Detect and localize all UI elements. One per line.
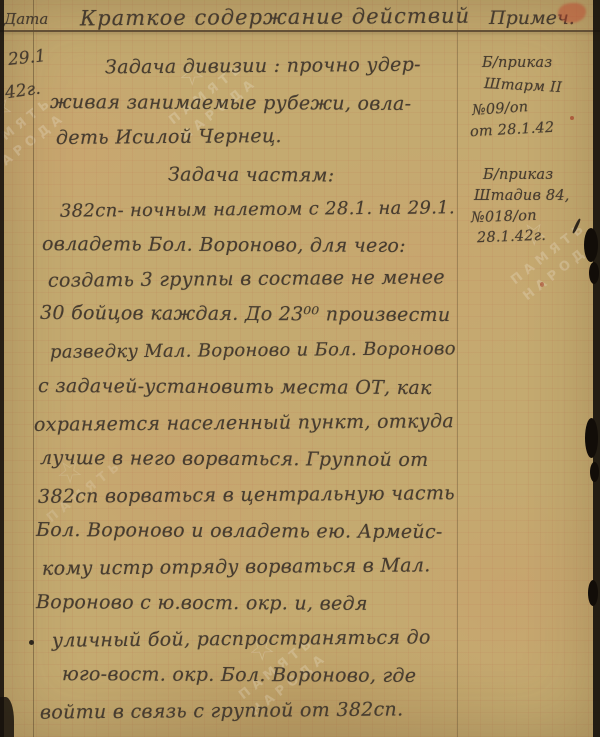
note-line: Б/приказ bbox=[482, 55, 552, 71]
scan-edge-left bbox=[0, 0, 4, 737]
handwritten-line: 30 бойцов каждая. До 23⁰⁰ произвести bbox=[40, 302, 451, 326]
note-line: Б/приказ bbox=[483, 167, 553, 183]
handwritten-line: Задача дивизии : прочно удер- bbox=[105, 54, 421, 79]
column-header-date: Дата bbox=[4, 10, 48, 28]
handwritten-line: деть Исилой Чернец. bbox=[56, 125, 282, 149]
note-line: Штадив 84, bbox=[474, 188, 570, 204]
red-speck bbox=[540, 282, 544, 287]
handwritten-line: юго-вост. окр. Бол. Вороново, где bbox=[62, 663, 416, 687]
torn-edge-blob bbox=[585, 418, 598, 458]
date-column-rule bbox=[33, 0, 34, 737]
scan-edge-right bbox=[593, 0, 600, 737]
handwritten-line: Бол. Вороново и овладеть ею. Армейс- bbox=[36, 519, 443, 543]
torn-edge-blob bbox=[590, 462, 599, 482]
red-speck bbox=[570, 116, 574, 120]
handwritten-line: уличный бой, распространяться до bbox=[52, 626, 431, 651]
ink-tick-mark bbox=[572, 218, 581, 234]
torn-edge-blob bbox=[584, 228, 598, 262]
header-underline bbox=[0, 30, 600, 32]
handwritten-line: войти в связь с группой от 382сп. bbox=[40, 698, 404, 723]
handwritten-line: 382сп- ночным налетом с 28.1. на 29.1. bbox=[60, 197, 455, 221]
notes-column-rule bbox=[457, 0, 458, 737]
entry-date-day: 29.1 bbox=[7, 46, 47, 70]
handwritten-line: живая занимаемые рубежи, овла- bbox=[50, 91, 412, 115]
handwritten-line: Задача частям: bbox=[168, 164, 335, 187]
torn-edge-blob bbox=[588, 580, 598, 606]
journal-scan-page: ☆ ПАМЯТЬ НАРОДА ☆ ПАМЯТЬ НАРОДА ☆ ПАМЯТЬ… bbox=[0, 0, 600, 737]
column-header-content: Краткое содержание действий bbox=[80, 4, 470, 31]
entry-date-year: 42г. bbox=[4, 79, 42, 104]
note-line: №09/оп bbox=[472, 99, 529, 119]
handwritten-line: Вороново с ю.вост. окр. и, ведя bbox=[36, 591, 368, 615]
note-line: Штарм II bbox=[484, 76, 563, 96]
ink-dot bbox=[29, 640, 34, 645]
scan-corner-shadow bbox=[0, 697, 14, 737]
handwritten-line: 382сп ворваться в центральную часть bbox=[38, 482, 455, 508]
handwritten-line: с задачей-установить места ОТ, как bbox=[38, 375, 432, 399]
note-line: 28.1.42г. bbox=[477, 228, 547, 246]
handwritten-line: кому истр отряду ворваться в Мал. bbox=[42, 554, 431, 579]
handwritten-line: лучше в него ворваться. Группой от bbox=[40, 447, 429, 471]
handwritten-line: создать 3 группы в составе не менее bbox=[48, 266, 445, 291]
handwritten-line: овладеть Бол. Вороново, для чего: bbox=[42, 233, 406, 257]
red-stain bbox=[558, 3, 586, 23]
note-line: от 28.1.42 bbox=[470, 120, 555, 140]
handwritten-line: охраняется населенный пункт, откуда bbox=[34, 410, 454, 436]
handwritten-line: разведку Мал. Вороново и Бол. Вороново bbox=[50, 338, 456, 363]
torn-edge-blob bbox=[589, 262, 599, 284]
note-line: №018/оп bbox=[471, 208, 537, 226]
